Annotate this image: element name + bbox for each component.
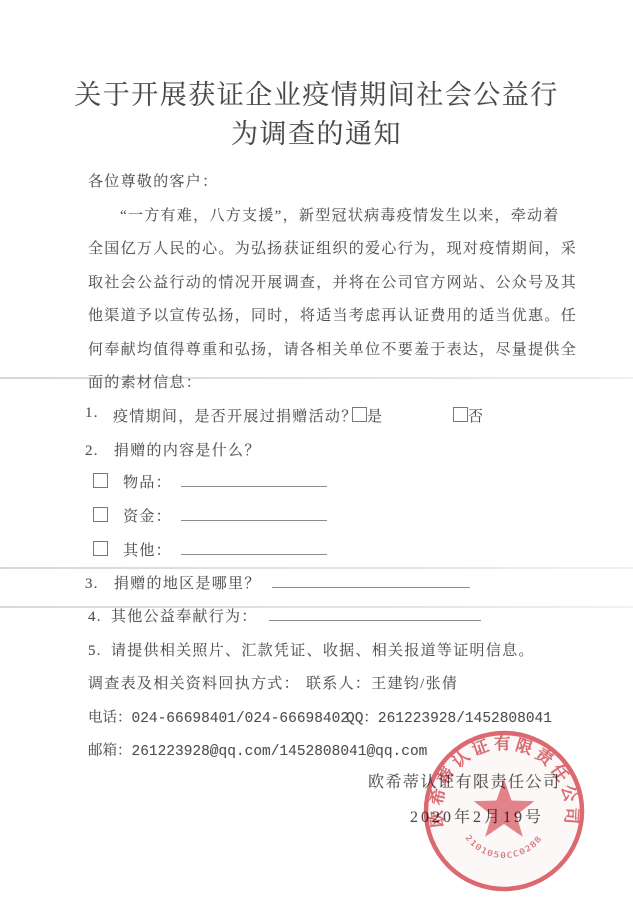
checkbox-funds-icon: [93, 507, 108, 522]
body-line: 何奉献均值得尊重和弘扬，请各相关单位不要羞于表达，尽量提供全: [88, 338, 577, 359]
question-number: 5.: [88, 643, 102, 659]
body-line: 取社会公益行动的情况开展调查，并将在公司官方网站、公众号及其: [88, 271, 577, 292]
company-seal-stamp: 欧希蒂认证有限责任公司 2101050CC028822: [419, 726, 589, 896]
question-text: 请提供相关照片、汇款凭证、收据、相关报道等证明信息。: [111, 643, 535, 659]
blank-line: [272, 573, 470, 588]
q2-option-funds: 资金：: [93, 505, 327, 526]
blank-line: [269, 606, 481, 621]
body-line: “一方有难，八方支援”，新型冠状病毒疫情发生以来，牵动着: [120, 204, 560, 225]
blank-line: [181, 506, 327, 521]
blank-line: [181, 540, 327, 555]
body-line: 面的素材信息：: [88, 371, 202, 392]
contact-person: 联系人：王建钧/张倩: [306, 672, 458, 693]
question-5: 5. 请提供相关照片、汇款凭证、收据、相关报道等证明信息。: [88, 639, 535, 660]
qq-numbers: QQ：261223928/1452808041: [346, 706, 552, 727]
blank-line: [181, 472, 327, 487]
body-line: 他渠道予以宣传弘扬，同时，将适当考虑再认证费用的适当优惠。任: [88, 304, 577, 325]
checkbox-no-icon: [453, 407, 468, 422]
title-line-1: 关于开展获证企业疫情期间社会公益行: [0, 76, 633, 115]
option-no: 否: [453, 405, 484, 426]
option-label: 资金：: [123, 509, 172, 525]
scan-artifact-line: [0, 567, 633, 569]
option-no-label: 否: [468, 409, 484, 425]
question-3: 3. 捐赠的地区是哪里？: [85, 572, 470, 593]
option-label: 物品：: [123, 475, 172, 491]
question-text: 捐赠的地区是哪里？: [114, 576, 261, 592]
question-4: 4. 其他公益奉献行为：: [88, 605, 481, 626]
body-line: 全国亿万人民的心。为弘扬获证组织的爱心行为，现对疫情期间，采: [88, 237, 577, 258]
email-row: 邮箱：261223928@qq.com/1452808041@qq.com: [88, 739, 427, 760]
question-1: 1. 疫情期间，是否开展过捐赠活动？ 是 否: [85, 405, 555, 422]
question-2: 2. 捐赠的内容是什么？: [85, 439, 261, 460]
option-yes-label: 是: [367, 409, 383, 425]
option-label: 其他：: [123, 543, 172, 559]
greeting: 各位尊敬的客户：: [88, 170, 218, 191]
reply-method-label: 调查表及相关资料回执方式：: [88, 676, 300, 692]
question-number: 2.: [85, 443, 99, 459]
document-title: 关于开展获证企业疫情期间社会公益行 为调查的通知: [0, 76, 633, 154]
reply-method-row: 调查表及相关资料回执方式： 联系人：王建钧/张倩: [88, 672, 558, 693]
phone-row: 电话：024-66698401/024-66698402 QQ：26122392…: [88, 706, 588, 727]
question-text: 疫情期间，是否开展过捐赠活动？: [113, 405, 358, 426]
scanned-notice-document: 关于开展获证企业疫情期间社会公益行 为调查的通知 各位尊敬的客户： “一方有难，…: [0, 0, 633, 899]
question-number: 3.: [85, 576, 99, 592]
option-yes: 是: [352, 405, 383, 426]
q2-option-other: 其他：: [93, 539, 327, 560]
question-number: 1.: [85, 405, 99, 421]
q2-option-items: 物品：: [93, 471, 327, 492]
checkbox-other-icon: [93, 541, 108, 556]
checkbox-yes-icon: [352, 407, 367, 422]
question-text: 捐赠的内容是什么？: [114, 443, 261, 459]
title-line-2: 为调查的通知: [0, 115, 633, 154]
checkbox-items-icon: [93, 473, 108, 488]
question-number: 4.: [88, 609, 102, 625]
phone-numbers: 电话：024-66698401/024-66698402: [88, 711, 349, 727]
question-text: 其他公益奉献行为：: [111, 609, 258, 625]
